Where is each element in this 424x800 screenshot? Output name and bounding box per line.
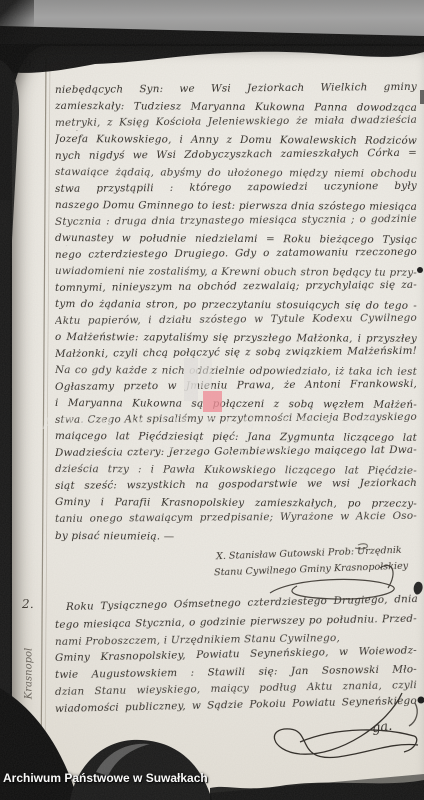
scanner-corner-shadow xyxy=(0,0,34,44)
archive-watermark-label: Archiwum Państwowe w Suwałkach xyxy=(3,771,208,785)
page-number: 10. xyxy=(16,57,36,71)
scanner-background xyxy=(0,0,424,44)
watermark-logo-bar-2 xyxy=(200,358,212,388)
signature-paraph: ga. xyxy=(371,719,393,737)
watermark-logo-pink-square xyxy=(203,391,222,412)
document-scan: 10. niebędących Syn: we Wsi Jeziorkach W… xyxy=(0,0,424,800)
watermark-logo-bar xyxy=(184,358,198,401)
margin-vertical-note: Krasnopol xyxy=(24,599,35,749)
handwriting-line: by pisać nieumieią. — xyxy=(55,530,417,545)
